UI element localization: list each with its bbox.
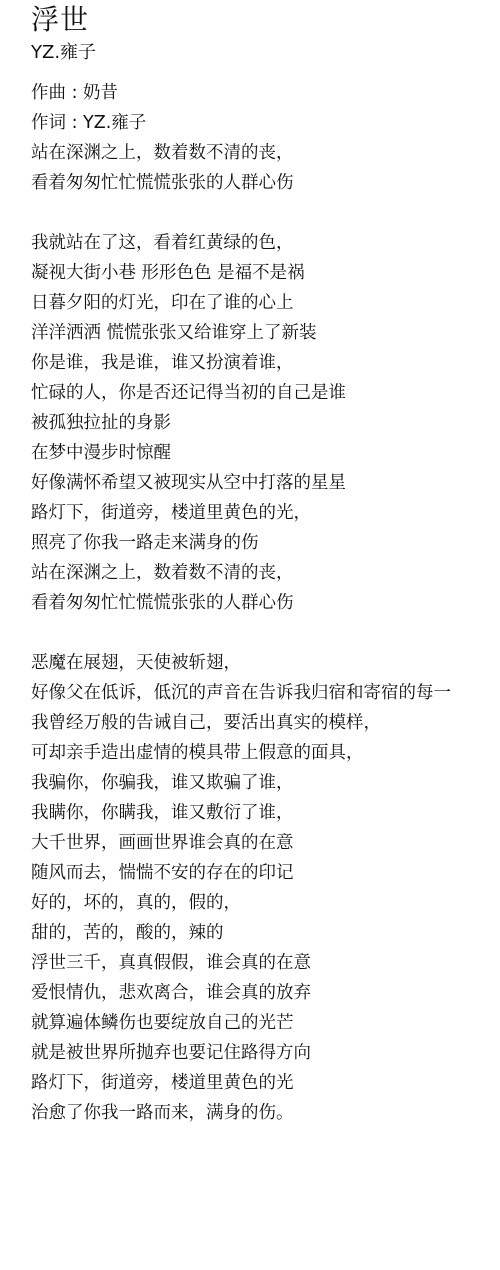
lyric-line: 治愈了你我一路而来，满身的伤。 (31, 1098, 500, 1128)
lyric-line: 好像满怀希望又被现实从空中打落的星星 (31, 468, 500, 498)
lyric-line: 就算遍体鳞伤也要绽放自己的光芒 (31, 1008, 500, 1038)
song-title: 浮世 (31, 0, 500, 40)
lyric-line: 忙碌的人，你是否还记得当初的自己是谁 (31, 378, 500, 408)
stanza-break (31, 198, 500, 228)
lyrics-body: 作曲 : 奶昔 作词 : YZ.雍子 站在深渊之上，数着数不清的丧， 看着匆匆忙… (31, 78, 500, 1128)
song-artist: YZ.雍子 (31, 40, 500, 66)
lyric-line: 我曾经万般的告诫自己，要活出真实的模样， (31, 708, 500, 738)
lyric-line: 被孤独拉扯的身影 (31, 408, 500, 438)
stanza-break (31, 618, 500, 648)
lyric-line: 我就站在了这，看着红黄绿的色， (31, 228, 500, 258)
lyric-line: 站在深渊之上，数着数不清的丧， (31, 138, 500, 168)
lyric-line: 恶魔在展翅，天使被斩翅， (31, 648, 500, 678)
lyric-line: 好的，坏的，真的，假的， (31, 888, 500, 918)
lyric-line: 好像父在低诉，低沉的声音在告诉我归宿和寄宿的每一 (31, 678, 500, 708)
lyric-line: 看着匆匆忙忙慌慌张张的人群心伤 (31, 168, 500, 198)
lyric-line: 路灯下，街道旁，楼道里黄色的光 (31, 1068, 500, 1098)
lyric-credit-composer: 作曲 : 奶昔 (31, 78, 500, 108)
lyric-line: 就是被世界所抛弃也要记住路得方向 (31, 1038, 500, 1068)
lyric-line: 你是谁，我是谁，谁又扮演着谁， (31, 348, 500, 378)
lyric-line: 洋洋洒洒 慌慌张张又给谁穿上了新装 (31, 318, 500, 348)
lyric-line: 日暮夕阳的灯光，印在了谁的心上 (31, 288, 500, 318)
lyric-line: 在梦中漫步时惊醒 (31, 438, 500, 468)
lyric-line: 可却亲手造出虚情的模具带上假意的面具， (31, 738, 500, 768)
lyric-line: 我瞒你，你瞒我，谁又敷衍了谁， (31, 798, 500, 828)
lyric-line: 我骗你，你骗我，谁又欺骗了谁， (31, 768, 500, 798)
lyric-line: 路灯下，街道旁，楼道里黄色的光， (31, 498, 500, 528)
lyric-line: 浮世三千，真真假假，谁会真的在意 (31, 948, 500, 978)
lyric-line: 随风而去，惴惴不安的存在的印记 (31, 858, 500, 888)
lyric-line: 大千世界，画画世界谁会真的在意 (31, 828, 500, 858)
lyric-line: 爱恨情仇，悲欢离合，谁会真的放弃 (31, 978, 500, 1008)
lyric-line: 看着匆匆忙忙慌慌张张的人群心伤 (31, 588, 500, 618)
lyrics-page: 浮世 YZ.雍子 作曲 : 奶昔 作词 : YZ.雍子 站在深渊之上，数着数不清… (31, 0, 500, 1128)
lyric-line: 凝视大街小巷 形形色色 是福不是祸 (31, 258, 500, 288)
lyric-line: 站在深渊之上，数着数不清的丧， (31, 558, 500, 588)
lyric-line: 照亮了你我一路走来满身的伤 (31, 528, 500, 558)
lyric-credit-lyricist: 作词 : YZ.雍子 (31, 108, 500, 138)
lyric-line: 甜的，苦的，酸的，辣的 (31, 918, 500, 948)
